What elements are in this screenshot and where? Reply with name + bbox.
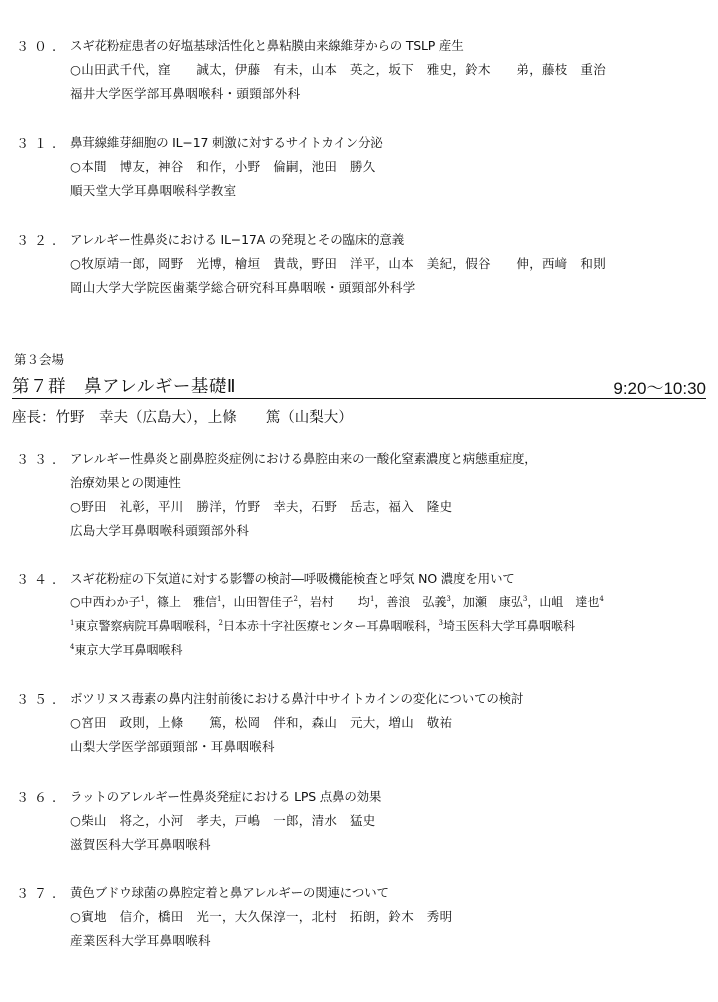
entry-authors: ○中西わか子1，篠上 雅信1，山田智佳子2，岩村 均1，善浪 弘義3，加瀬 康弘… — [70, 593, 604, 610]
entry-affiliation: 産業医科大学耳鼻咽喉科 — [70, 931, 211, 949]
entry-number: ３７. — [16, 883, 61, 902]
room-label: 第３会場 — [14, 350, 64, 368]
entry-affiliation: 滋賀医科大学耳鼻咽喉科 — [70, 835, 211, 853]
entry-affiliation: 順天堂大学耳鼻咽喉科学教室 — [70, 181, 236, 199]
entry-title: アレルギー性鼻炎における IL−17A の発現とその臨床的意義 — [70, 230, 404, 248]
entry-affiliation: 広島大学耳鼻咽喉科頭頸部外科 — [70, 521, 249, 539]
entry-number: ３６. — [16, 787, 61, 806]
entry-authors: ○牧原靖一郎，岡野 光博，檜垣 貴哉，野田 洋平，山本 美紀，假谷 伸，西﨑 和… — [70, 254, 606, 272]
entry-authors: ○賓地 信介，橋田 光一，大久保淳一，北村 拓朗，鈴木 秀明 — [70, 907, 452, 925]
entry-affiliation: 福井大学医学部耳鼻咽喉科・頭頸部外科 — [70, 84, 300, 102]
entry-title: ボツリヌス毒素の鼻内注射前後における鼻汁中サイトカインの変化についての検討 — [70, 689, 523, 707]
entry-title: ラットのアレルギー性鼻炎発症における LPS 点鼻の効果 — [70, 787, 381, 805]
entry-authors: ○宮田 政則，上條 篤，松岡 伴和，森山 元大，増山 敬祐 — [70, 713, 452, 731]
entry-affiliation: 岡山大学大学院医歯薬学総合研究科耳鼻咽喉・頭頸部外科学 — [70, 278, 416, 296]
entry-authors: ○柴山 将之，小河 孝夫，戸嶋 一郎，清水 猛史 — [70, 811, 376, 829]
entry-number: ３４. — [16, 569, 61, 588]
entry-title: スギ花粉症患者の好塩基球活性化と鼻粘膜由来線維芽からの TSLP 産生 — [70, 36, 464, 54]
entry-affiliation: 1東京警察病院耳鼻咽喉科，2日本赤十字社医療センター耳鼻咽喉科，3埼玉医科大学耳… — [70, 617, 575, 634]
entry-number: ３０. — [16, 36, 61, 55]
entry-title: スギ花粉症の下気道に対する影響の検討―呼吸機能検査と呼気 NO 濃度を用いて — [70, 569, 515, 587]
entry-authors: ○山田武千代，窪 誠太，伊藤 有未，山本 英之，坂下 雅史，鈴木 弟，藤枝 重治 — [70, 60, 606, 78]
entry-number: ３２. — [16, 230, 61, 249]
entry-authors: ○本間 博友，神谷 和作，小野 倫嗣，池田 勝久 — [70, 157, 376, 175]
entry-title-line2: 治療効果との関連性 — [70, 473, 181, 491]
entry-title: 黄色ブドウ球菌の鼻腔定着と鼻アレルギーの関連について — [70, 883, 389, 901]
entry-number: ３３. — [16, 449, 61, 468]
session-time: 9:20〜10:30 — [613, 374, 706, 399]
session-chairs: 座長：竹野 幸夫（広島大），上條 篤（山梨大） — [12, 406, 353, 427]
entry-title: 鼻茸線維芽細胞の IL−17 刺激に対するサイトカイン分泌 — [70, 133, 383, 151]
entry-title: アレルギー性鼻炎と副鼻腔炎症例における鼻腔由来の一酸化窒素濃度と病態重症度， — [70, 449, 537, 467]
session-title: 第７群 鼻アレルギー基礎Ⅱ — [12, 373, 236, 398]
session-header: 第７群 鼻アレルギー基礎Ⅱ 9:20〜10:30 — [12, 373, 706, 399]
entry-affiliation: 山梨大学医学部頭頸部・耳鼻咽喉科 — [70, 737, 275, 755]
entry-number: ３１. — [16, 133, 61, 152]
entry-number: ３５. — [16, 689, 61, 708]
entry-authors: ○野田 礼彰，平川 勝洋，竹野 幸夫，石野 岳志，福入 隆史 — [70, 497, 452, 515]
entry-affiliation-line2: 4東京大学耳鼻咽喉科 — [70, 641, 182, 658]
